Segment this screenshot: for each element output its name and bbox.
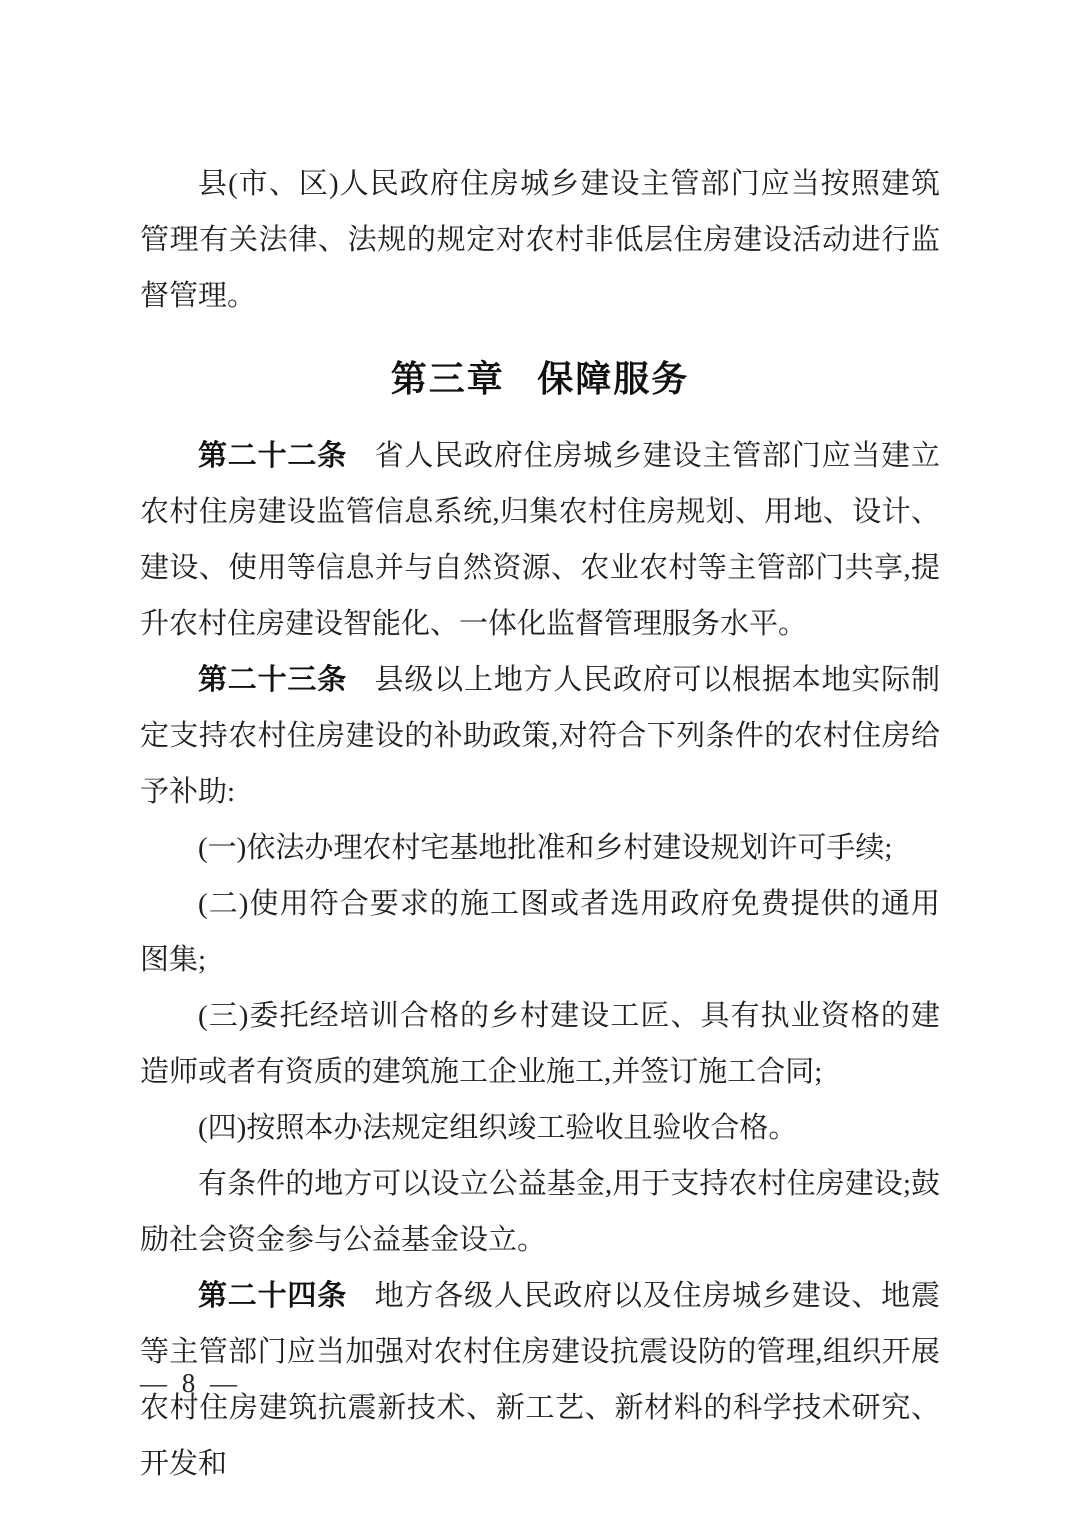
article-paragraph: 第二十三条县级以上地方人民政府可以根据本地实际制定支持农村住房建设的补助政策,对… — [140, 652, 940, 820]
article-paragraph: 第二十四条地方各级人民政府以及住房城乡建设、地震等主管部门应当加强对农村住房建设… — [140, 1268, 940, 1492]
article-paragraph: 第二十二条省人民政府住房城乡建设主管部门应当建立农村住房建设监管信息系统,归集农… — [140, 428, 940, 652]
article-number-label: 第二十四条 — [198, 1280, 347, 1312]
article-number-label: 第二十二条 — [198, 440, 347, 472]
chapter-heading: 第三章保障服务 — [140, 354, 940, 404]
article-number-label: 第二十三条 — [198, 664, 347, 696]
list-item-paragraph: (二)使用符合要求的施工图或者选用政府免费提供的通用图集; — [140, 876, 940, 988]
body-paragraph: 有条件的地方可以设立公益基金,用于支持农村住房建设;鼓励社会资金参与公益基金设立… — [140, 1156, 940, 1268]
paragraph-text: (三)委托经培训合格的乡村建设工匠、具有执业资格的建造师或者有资质的建筑施工企业… — [140, 1000, 940, 1088]
document-body: 县(市、区)人民政府住房城乡建设主管部门应当按照建筑管理有关法律、法规的规定对农… — [140, 156, 940, 1492]
paragraph-text: (四)按照本办法规定组织竣工验收且验收合格。 — [198, 1112, 797, 1144]
paragraph-text: (一)依法办理农村宅基地批准和乡村建设规划许可手续; — [198, 832, 892, 864]
list-item-paragraph: (四)按照本办法规定组织竣工验收且验收合格。 — [140, 1100, 940, 1156]
paragraph-text: (二)使用符合要求的施工图或者选用政府免费提供的通用图集; — [140, 888, 940, 976]
list-item-paragraph: (一)依法办理农村宅基地批准和乡村建设规划许可手续; — [140, 820, 940, 876]
chapter-title: 保障服务 — [537, 358, 689, 399]
paragraph-text: 县(市、区)人民政府住房城乡建设主管部门应当按照建筑管理有关法律、法规的规定对农… — [140, 168, 940, 312]
chapter-number: 第三章 — [391, 358, 505, 399]
paragraph-text: 有条件的地方可以设立公益基金,用于支持农村住房建设;鼓励社会资金参与公益基金设立… — [140, 1168, 940, 1256]
page-number: — 8 — — [140, 1368, 241, 1398]
page-footer: — 8 — — [140, 1362, 241, 1404]
body-paragraph: 县(市、区)人民政府住房城乡建设主管部门应当按照建筑管理有关法律、法规的规定对农… — [140, 156, 940, 324]
document-page: 县(市、区)人民政府住房城乡建设主管部门应当按照建筑管理有关法律、法规的规定对农… — [0, 0, 1080, 1527]
list-item-paragraph: (三)委托经培训合格的乡村建设工匠、具有执业资格的建造师或者有资质的建筑施工企业… — [140, 988, 940, 1100]
